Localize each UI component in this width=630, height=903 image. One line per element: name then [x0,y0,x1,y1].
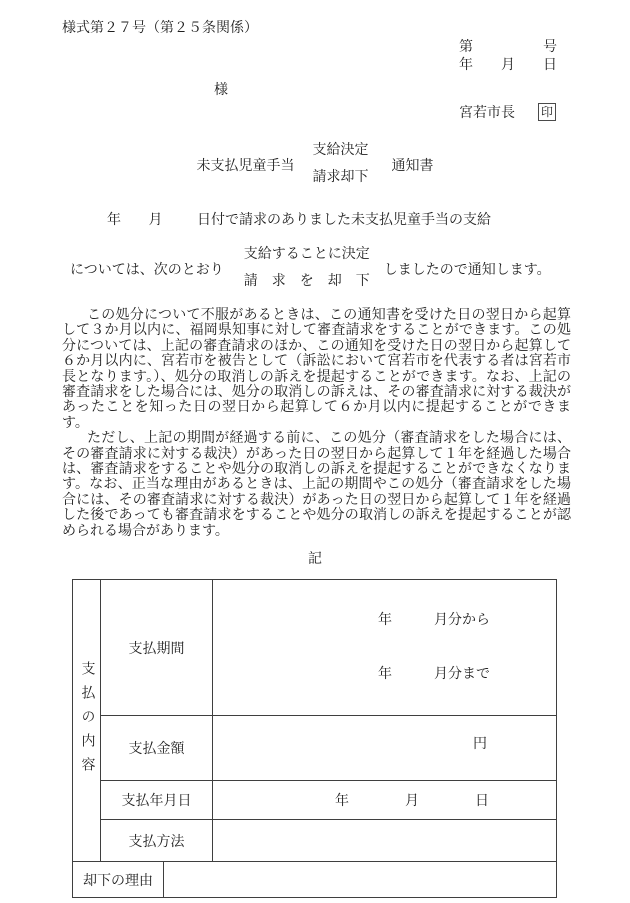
appeal-notice: この処分について不服があるときは、この通知書を受けた日の翌日から起算して３か月以… [62,308,571,539]
table-row-rejection-reason: 却下の理由 [73,862,557,898]
payment-date-value-cell: 年 月 日 [213,781,557,820]
payment-period-label: 支払期間 [101,580,213,716]
title-left: 未支払児童手当 [197,155,295,175]
table-row-payment-method: 支払方法 [73,820,557,862]
title-option-stack: 支給決定 請求却下 [313,144,369,185]
date-month-label: 月 [501,54,515,74]
request-date-sentence: 年 月 日付で請求のありました未支払児童手当の支給 [107,209,491,229]
decision-sentence: については、次のとおり 支給することに決定 請 求 を 却 下 しましたので通知… [70,248,551,289]
payment-method-label: 支払方法 [101,820,213,862]
title-option-grant: 支給決定 [313,144,369,158]
decision-option-stack: 支給することに決定 請 求 を 却 下 [244,248,370,289]
addressee-suffix: 様 [214,79,228,99]
appeal-notice-paragraph-2: ただし、上記の期間が経過する前に、この処分（審査請求をした場合には、その審査請求… [62,431,571,539]
payment-detail-table: 支払の内容 支払期間 年 月分から 年 月分まで 支払金額 円 支払年月日 [72,579,557,898]
doc-number-line: 第 号 [459,36,557,56]
request-sentence-rest: 日付で請求のありました未支払児童手当の支給 [197,213,491,228]
table-row-payment-period: 支払の内容 支払期間 年 月分から 年 月分まで [73,580,557,716]
payment-period-value-cell: 年 月分から 年 月分まで [213,580,557,716]
form-number: 様式第２７号（第２５条関係） [62,17,258,37]
appeal-notice-paragraph-1: この処分について不服があるときは、この通知書を受けた日の翌日から起算して３か月以… [62,308,571,431]
payment-detail-table-wrap: 支払の内容 支払期間 年 月分から 年 月分まで 支払金額 円 支払年月日 [72,579,557,898]
seal-stamp: 印 [538,103,556,121]
rejection-reason-label: 却下の理由 [73,862,164,898]
payment-period-from: 年 月分から [378,613,490,628]
document-page: 様式第２７号（第２５条関係） 第 号 年 月 日 様 宮若市長 印 未支払児童手… [0,0,630,903]
decision-option-reject: 請 求 を 却 下 [244,275,370,289]
payment-period-to: 年 月分まで [378,667,490,682]
decision-tail: しましたので通知します。 [384,259,551,279]
ki-heading: 記 [0,548,630,568]
issuer-name: 宮若市長 [459,102,515,122]
group-label: 支払の内容 [80,661,94,781]
payment-amount-value-cell: 円 [213,716,557,781]
decision-option-grant: 支給することに決定 [244,248,370,262]
date-day-label: 日 [543,54,557,74]
request-year-label: 年 [107,213,121,228]
table-row-payment-amount: 支払金額 円 [73,716,557,781]
doc-number-prefix: 第 [459,36,473,56]
doc-number-suffix: 号 [543,36,557,56]
decision-lead: については、次のとおり [70,259,224,279]
issuer-line: 宮若市長 印 [459,102,556,122]
payment-amount-unit: 円 [473,737,487,752]
document-title: 未支払児童手当 支給決定 請求却下 通知書 [0,144,630,185]
title-right: 通知書 [392,155,434,175]
payment-amount-label: 支払金額 [101,716,213,781]
group-label-cell: 支払の内容 [73,580,101,862]
date-year-label: 年 [459,54,473,74]
issue-date-line: 年 月 日 [459,54,557,74]
table-row-payment-date: 支払年月日 年 月 日 [73,781,557,820]
payment-method-value-cell [213,820,557,862]
payment-date-label: 支払年月日 [101,781,213,820]
rejection-reason-value-cell [164,862,557,898]
request-month-label: 月 [149,213,163,228]
title-option-reject: 請求却下 [313,171,369,185]
